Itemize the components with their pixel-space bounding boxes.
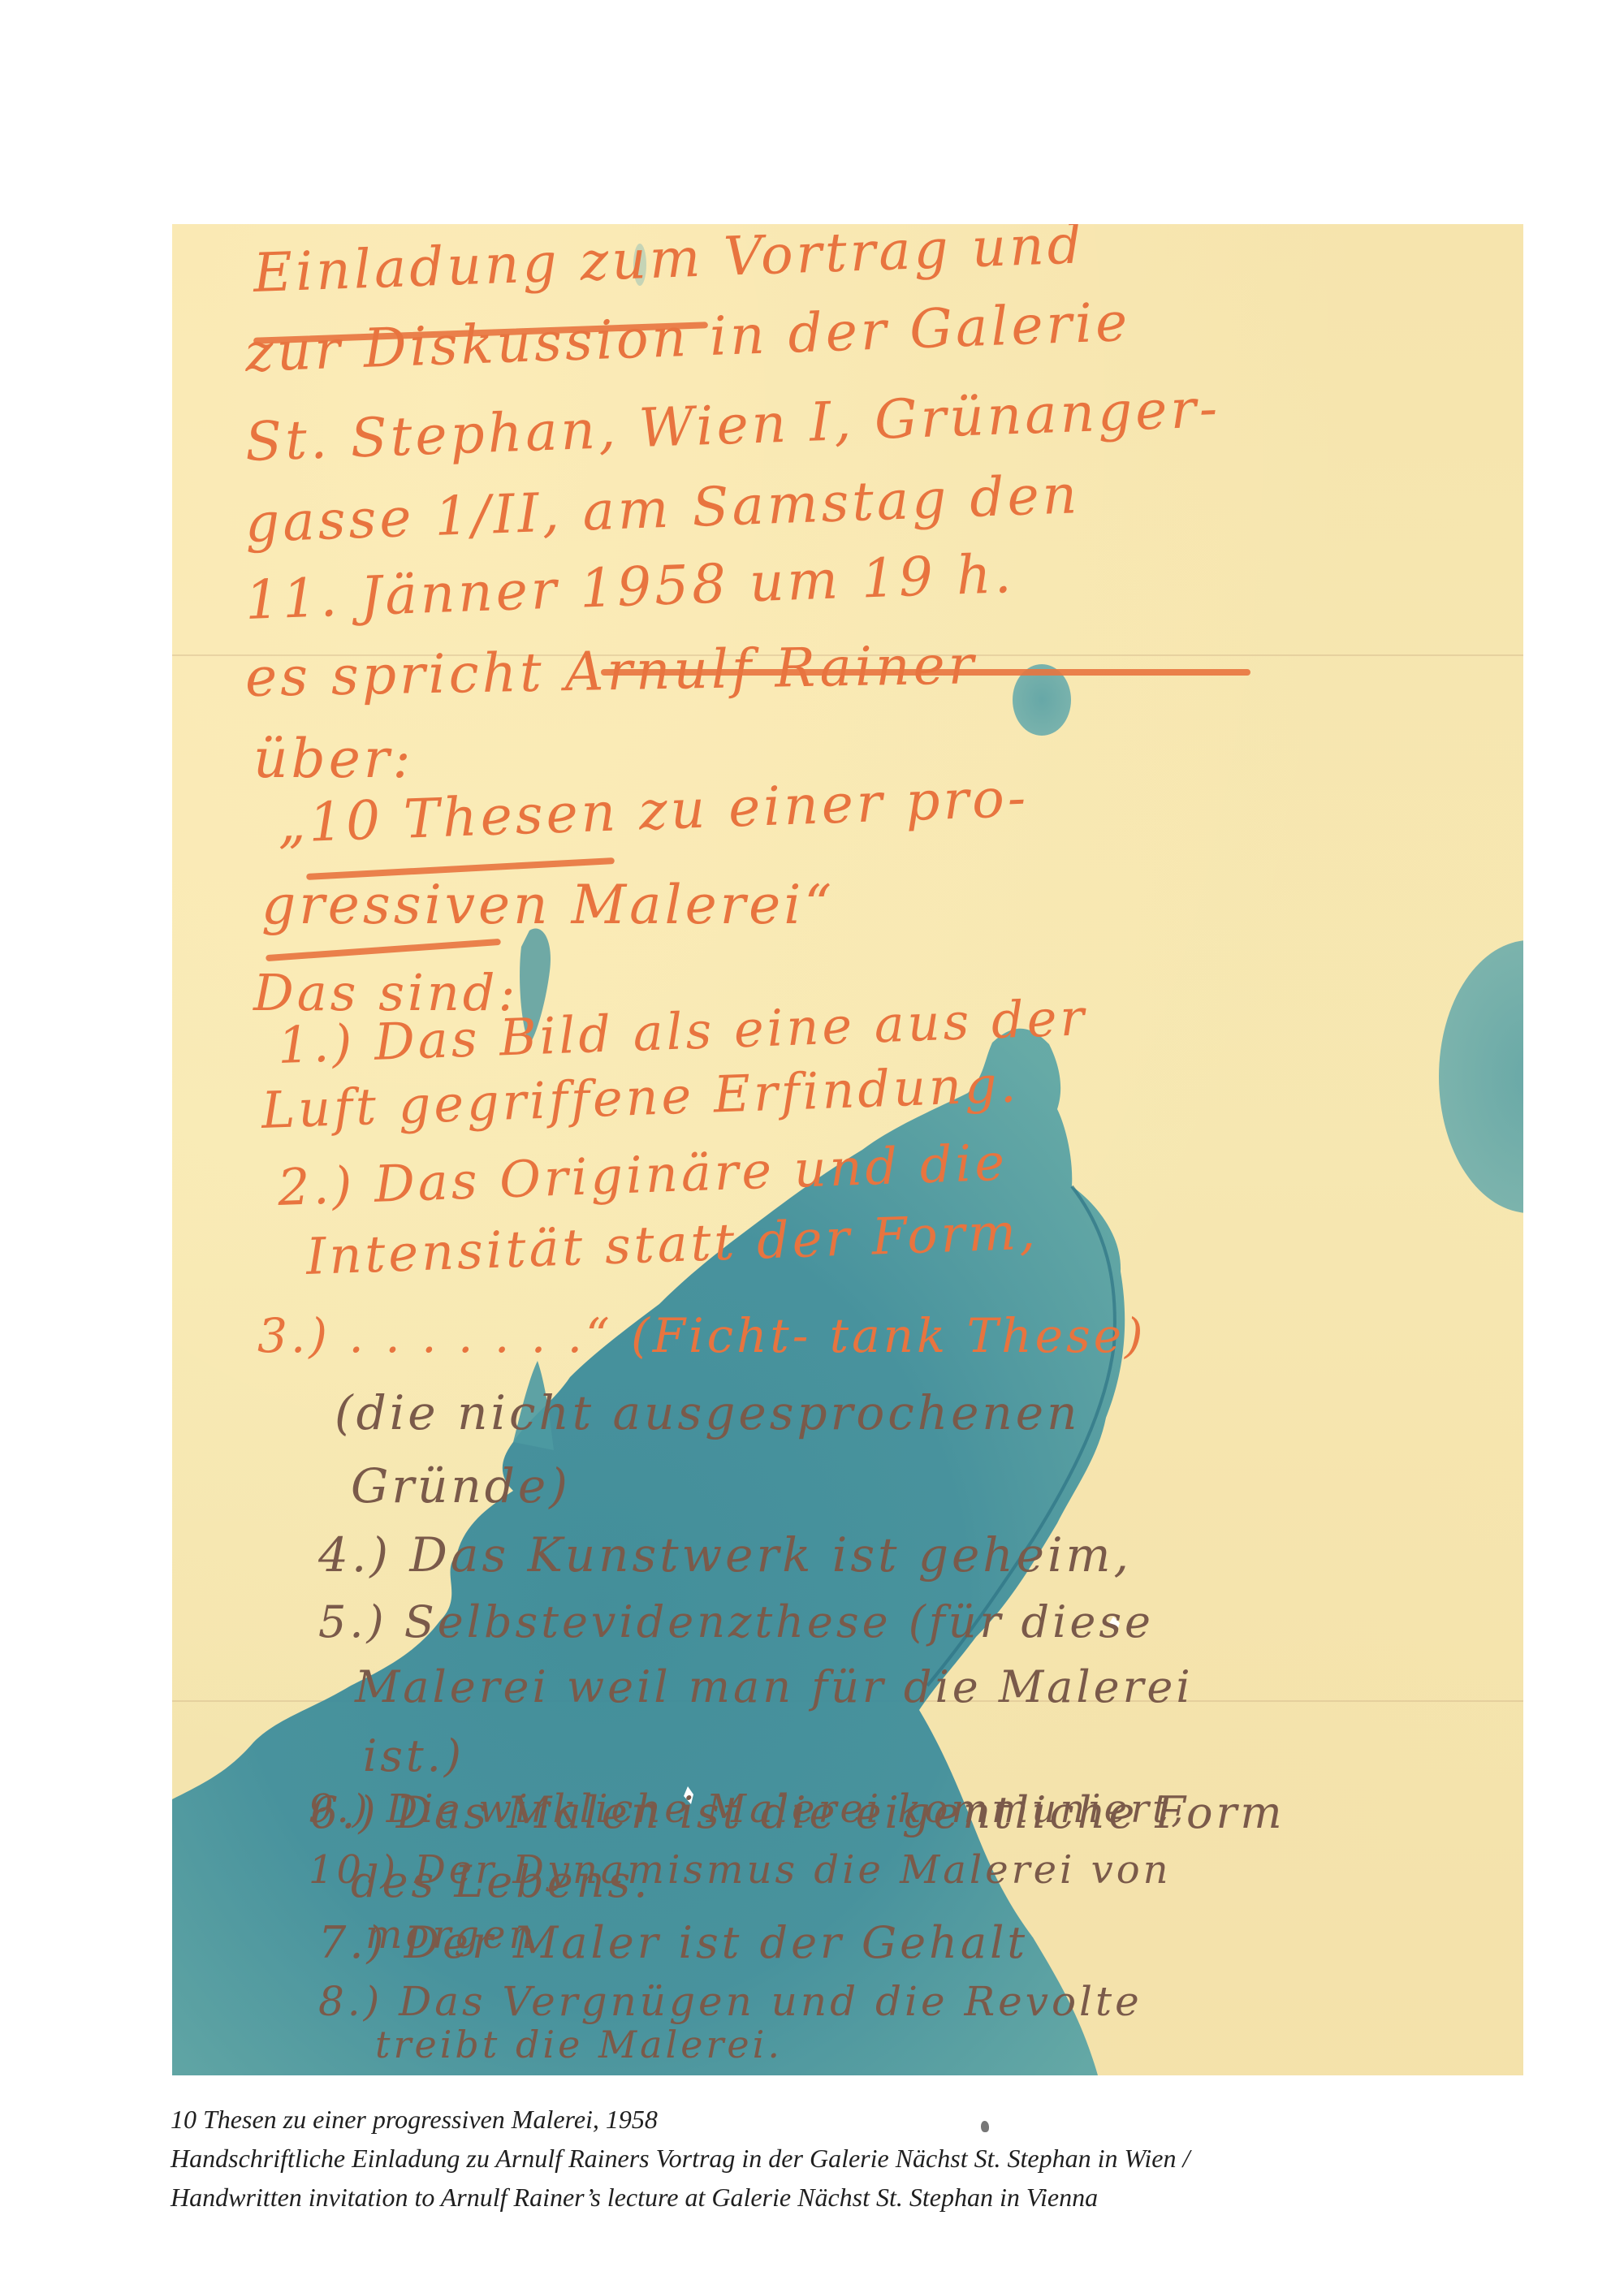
- right-stain: [1439, 940, 1523, 1213]
- handwritten-line: (die nicht ausgesprochenen: [335, 1385, 1080, 1440]
- handwritten-line: 9.) Die wirkliche Malerei kommuniert,: [309, 1786, 1187, 1832]
- caption-german: Handschriftliche Einladung zu Arnulf Rai…: [171, 2144, 1190, 2174]
- caption-english: Handwritten invitation to Arnulf Rainer’…: [171, 2183, 1098, 2213]
- handwritten-line: ist.): [363, 1730, 464, 1781]
- handwritten-line: 3.) . . . . . . .“ (Ficht- tank These): [257, 1308, 1147, 1363]
- handwritten-line: Malerei weil man für die Malerei: [355, 1661, 1194, 1712]
- handwritten-line: 4.) Das Kunstwerk ist geheim,: [318, 1527, 1132, 1583]
- caption-title: 10 Thesen zu einer progressiven Malerei,…: [171, 2105, 658, 2135]
- underline: [601, 669, 1250, 676]
- handwritten-line: treibt die Malerei.: [375, 2023, 783, 2066]
- handwritten-line: 5.) Selbstevidenzthese (für diese: [318, 1596, 1154, 1647]
- handwritten-line: 8.) Das Vergnügen und die Revolte: [318, 1978, 1142, 2025]
- handwritten-line: Gründe): [351, 1458, 571, 1514]
- handwritten-line: morgen: [365, 1912, 537, 1958]
- handwritten-line: gressiven Malerei“: [261, 874, 835, 936]
- handwritten-line: über:: [253, 728, 414, 790]
- handwritten-line: 10.) Der Dynamismus die Malerei von: [309, 1847, 1172, 1893]
- print-speck: [981, 2121, 989, 2132]
